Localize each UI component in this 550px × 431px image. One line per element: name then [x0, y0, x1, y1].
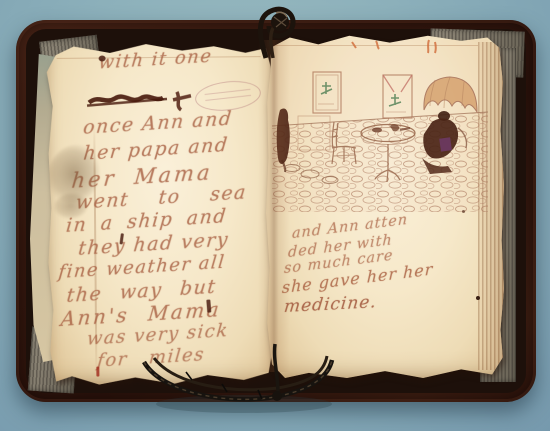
handwriting-line: with it one: [98, 45, 214, 73]
table-object: [372, 128, 382, 133]
binding-thread-bottom: [126, 342, 362, 422]
right-page: and Ann atten ded her with so much care …: [266, 34, 504, 378]
ink-blot: [99, 55, 106, 61]
binding-thread-top: [236, 2, 316, 62]
handwriting-line: medicine.: [283, 292, 378, 317]
red-mark: [96, 367, 99, 377]
ink-speck: [462, 210, 465, 213]
left-page: with it one once Ann and her papa and he…: [47, 43, 276, 385]
ink-speck: [476, 296, 480, 300]
room-drawing: [272, 40, 488, 212]
photo-of-open-diary: with it one once Ann and her papa and he…: [0, 0, 550, 431]
crossed-out-word: [85, 86, 205, 113]
